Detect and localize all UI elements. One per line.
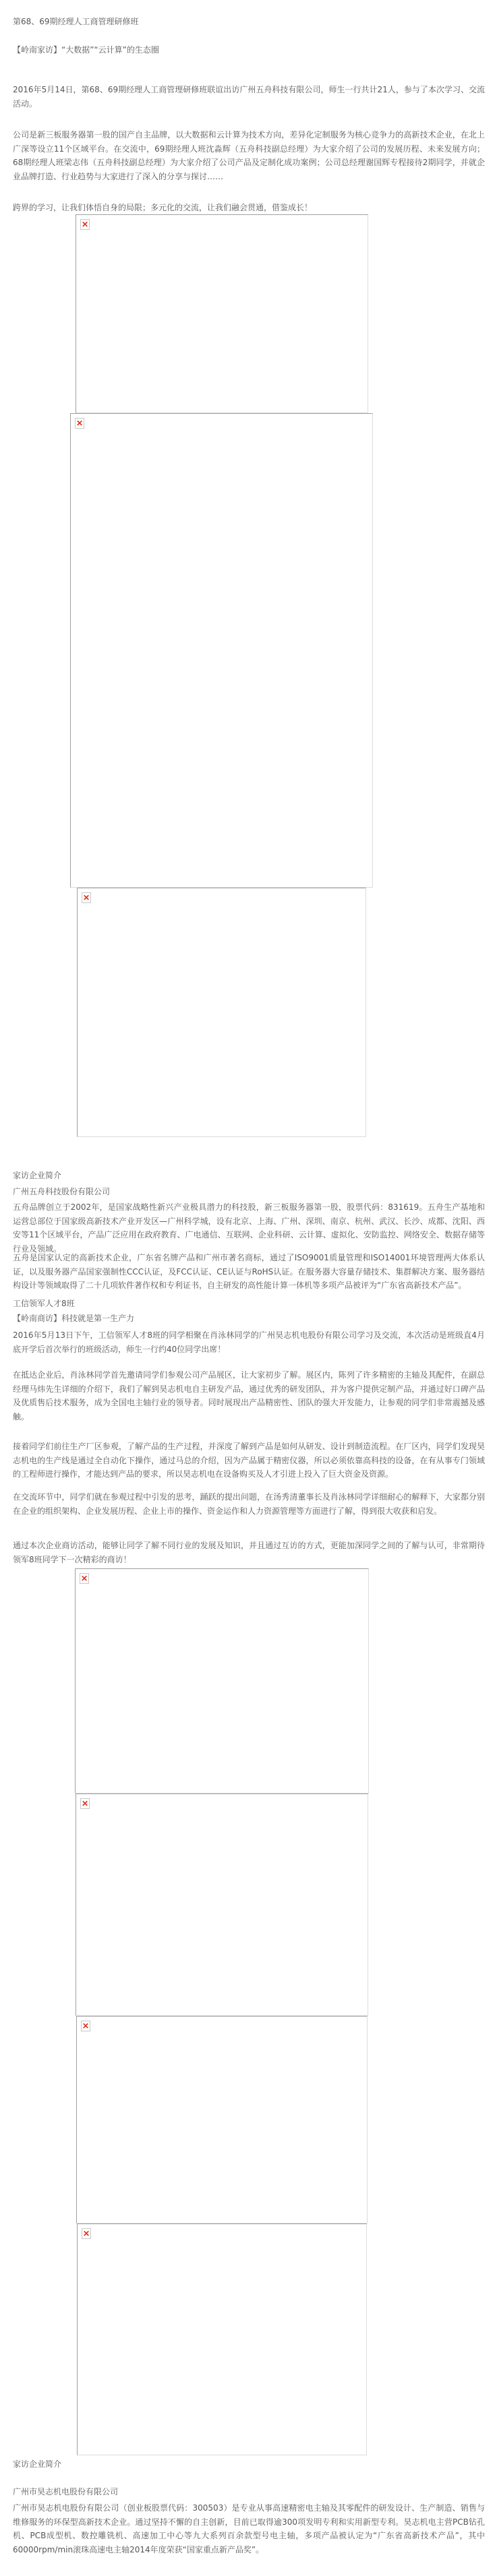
broken-image-icon: ✕ [80,1798,90,1809]
article-headline: 【岭南家访】“大数据”“云计算”的生态圈 [13,43,159,57]
article-paragraph: 跨界的学习，让我们体悟自身的局限；多元化的交流，让我们融会贯通，借鉴成长！ [13,201,312,214]
company-intro-paragraph: 五舟是国家认定的高新技术企业，广东省名牌产品和广州市著名商标，通过了ISO900… [13,1251,485,1293]
broken-image-icon: ✕ [75,418,84,429]
article-image: ✕ [76,1793,368,2016]
class-title: 工信领军人才8班 [13,1297,75,1310]
company-name: 广州五舟科技股份有限公司 [13,1185,110,1198]
broken-image-icon: ✕ [82,892,91,903]
article-headline: 【岭南商访】科技就是第一生产力 [13,1312,134,1325]
article-image: ✕ [77,888,366,1137]
company-name: 广州市昊志机电股份有限公司 [13,2485,118,2498]
article-paragraph: 在交流环节中，同学们就在参观过程中引发的思考，踊跃的提出问题，在汤秀清董事长及肖… [13,1490,485,1518]
article-image: ✕ [75,1568,369,1793]
class-title: 第68、69期经理人工商管理研修班 [13,15,139,28]
article-paragraph: 接着同学们前往生产厂区参观，了解产品的生产过程，并深度了解到产品是如何从研发、设… [13,1440,485,1481]
article-image: ✕ [76,214,368,413]
broken-image-icon: ✕ [80,1573,89,1584]
company-intro-heading: 家访企业简介 [13,1169,61,1182]
article-image: ✕ [77,2224,367,2455]
article-paragraph: 2016年5月14日，第68、69期经理人工商管理研修班联谊出访广州五舟科技有限… [13,83,485,111]
article-image: ✕ [76,2016,368,2224]
broken-image-icon: ✕ [82,2228,91,2239]
broken-image-icon: ✕ [81,2021,90,2031]
company-intro-paragraph: 五舟品牌创立于2002年，是国家战略性新兴产业极具潜力的科技股，新三板服务器第一… [13,1200,485,1256]
company-intro-heading: 家访企业简介 [13,2457,61,2471]
article-paragraph: 通过本次企业商访活动，能够让同学了解不同行业的发展及知识，并且通过互访的方式，更… [13,1539,485,1566]
article-paragraph: 公司是新三板服务器第一股的国产自主品牌，以大数据和云计算为技术方向，差异化定制服… [13,128,485,183]
article-image: ✕ [70,413,373,888]
article-paragraph: 2016年5月13日下午，工信领军人才8班的同学相聚在肖泳林同学的广州昊志机电股… [13,1328,485,1356]
company-intro-paragraph: 广州市昊志机电股份有限公司（创业板股票代码：300503）是专业从事高速精密电主… [13,2501,485,2556]
article-paragraph: 在抵达企业后，肖泳林同学首先邀请同学们参观公司产品展区，让大家初步了解。展区内，… [13,1368,485,1423]
broken-image-icon: ✕ [80,219,90,230]
